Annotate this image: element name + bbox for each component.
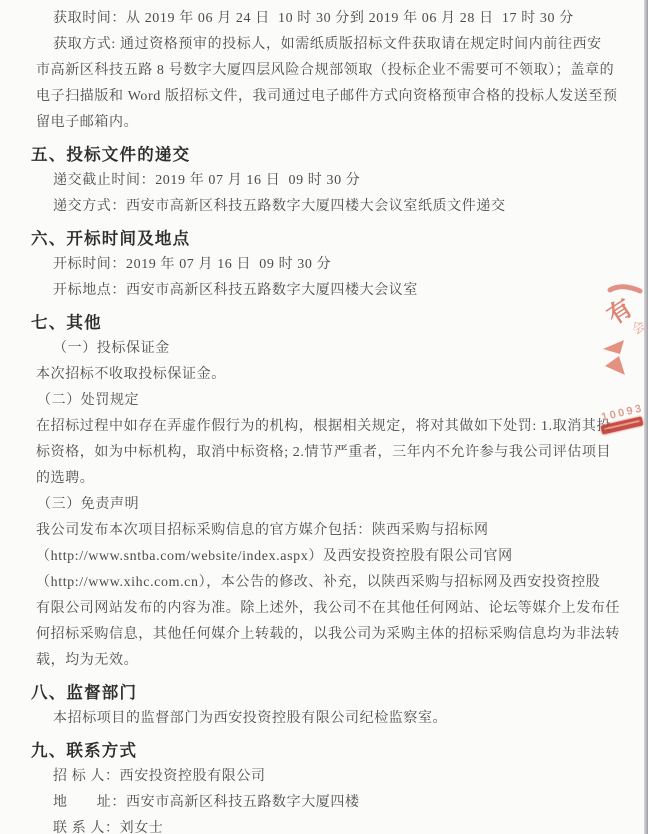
doc-line: 标资格，如为中标机构，取消中标资格; 2.情节严重者，三年内不允许参与我公司评估… [36, 440, 648, 466]
doc-line: 的选聘。 [36, 466, 648, 492]
doc-line: 留电子邮箱内。 [36, 110, 648, 136]
doc-line: 我公司发布本次项目招标采购信息的官方媒介包括：陕西采购与招标网 [36, 518, 648, 544]
doc-line: 获取方式: 通过资格预审的投标人，如需纸质版招标文件获取请在规定时间内前往西安 [53, 32, 648, 58]
doc-line: 联 系 人：刘女士 [53, 816, 648, 834]
seal-glyph-upper [603, 340, 624, 354]
doc-line: 本次招标不收取投标保证金。 [36, 362, 648, 388]
red-seal-stamp-fragment: 有 会 [590, 281, 648, 383]
doc-line: 开标时间：2019 年 07 月 16 日 09 时 30 分 [53, 252, 648, 278]
seal-arc-stroke [610, 287, 640, 291]
doc-line: （三）免责声明 [37, 492, 648, 518]
doc-line: 在招标过程中如存在弄虚作假行为的机构，根据相关规定，将对其做如下处罚: 1.取消… [36, 414, 648, 440]
doc-line: （一）投标保证金 [53, 336, 648, 362]
seal-glyph-lower [605, 356, 625, 375]
scanned-document-page: 获取时间：从 2019 年 06 月 24 日 10 时 30 分到 2019 … [0, 0, 648, 834]
doc-line: 递交截止时间：2019 年 07 月 16 日 09 时 30 分 [53, 168, 648, 194]
section-heading: 八、监督部门 [31, 680, 648, 706]
doc-line: 市高新区科技五路 8 号数字大厦四层风险合规部领取（投标企业不需要可不领取）；盖… [36, 58, 648, 84]
doc-line: （http://www.sntba.com/website/index.aspx… [36, 544, 648, 570]
doc-line: 获取时间：从 2019 年 06 月 24 日 10 时 30 分到 2019 … [53, 6, 648, 32]
doc-line: 地 址：西安市高新区科技五路数字大厦四楼 [53, 790, 648, 816]
section-heading: 五、投标文件的递交 [31, 142, 648, 168]
doc-line: （http://www.xihc.com.cn），本公告的修改、补充，以陕西采购… [36, 570, 648, 596]
doc-line: 本招标项目的监督部门为西安投资控股有限公司纪检监察室。 [53, 706, 648, 732]
doc-line: （二）处罚规定 [37, 388, 648, 414]
scan-page-right-edge [644, 0, 648, 834]
doc-line: 递交方式：西安市高新区科技五路数字大厦四楼大会议室纸质文件递交 [53, 194, 648, 220]
document-body: 获取时间：从 2019 年 06 月 24 日 10 时 30 分到 2019 … [0, 6, 648, 834]
doc-line: 电子扫描版和 Word 版招标文件，我司通过电子邮件方式向资格预审合格的投标人发… [36, 84, 648, 110]
doc-line: 有限公司网站发布的内容为准。除上述外，我公司不在其他任何网站、论坛等媒介上发布任 [36, 596, 648, 622]
section-heading: 七、其他 [31, 310, 648, 336]
doc-line: 何招标采购信息，其他任何媒介上转载的，以我公司为采购主体的招标采购信息均为非法转 [36, 622, 648, 648]
doc-line: 开标地点：西安市高新区科技五路数字大厦四楼大会议室 [53, 278, 648, 304]
section-heading: 九、联系方式 [31, 738, 648, 764]
doc-line: 招 标 人：西安投资控股有限公司 [53, 764, 648, 790]
doc-line: 载，均为无效。 [36, 648, 648, 674]
section-heading: 六、开标时间及地点 [31, 226, 648, 252]
